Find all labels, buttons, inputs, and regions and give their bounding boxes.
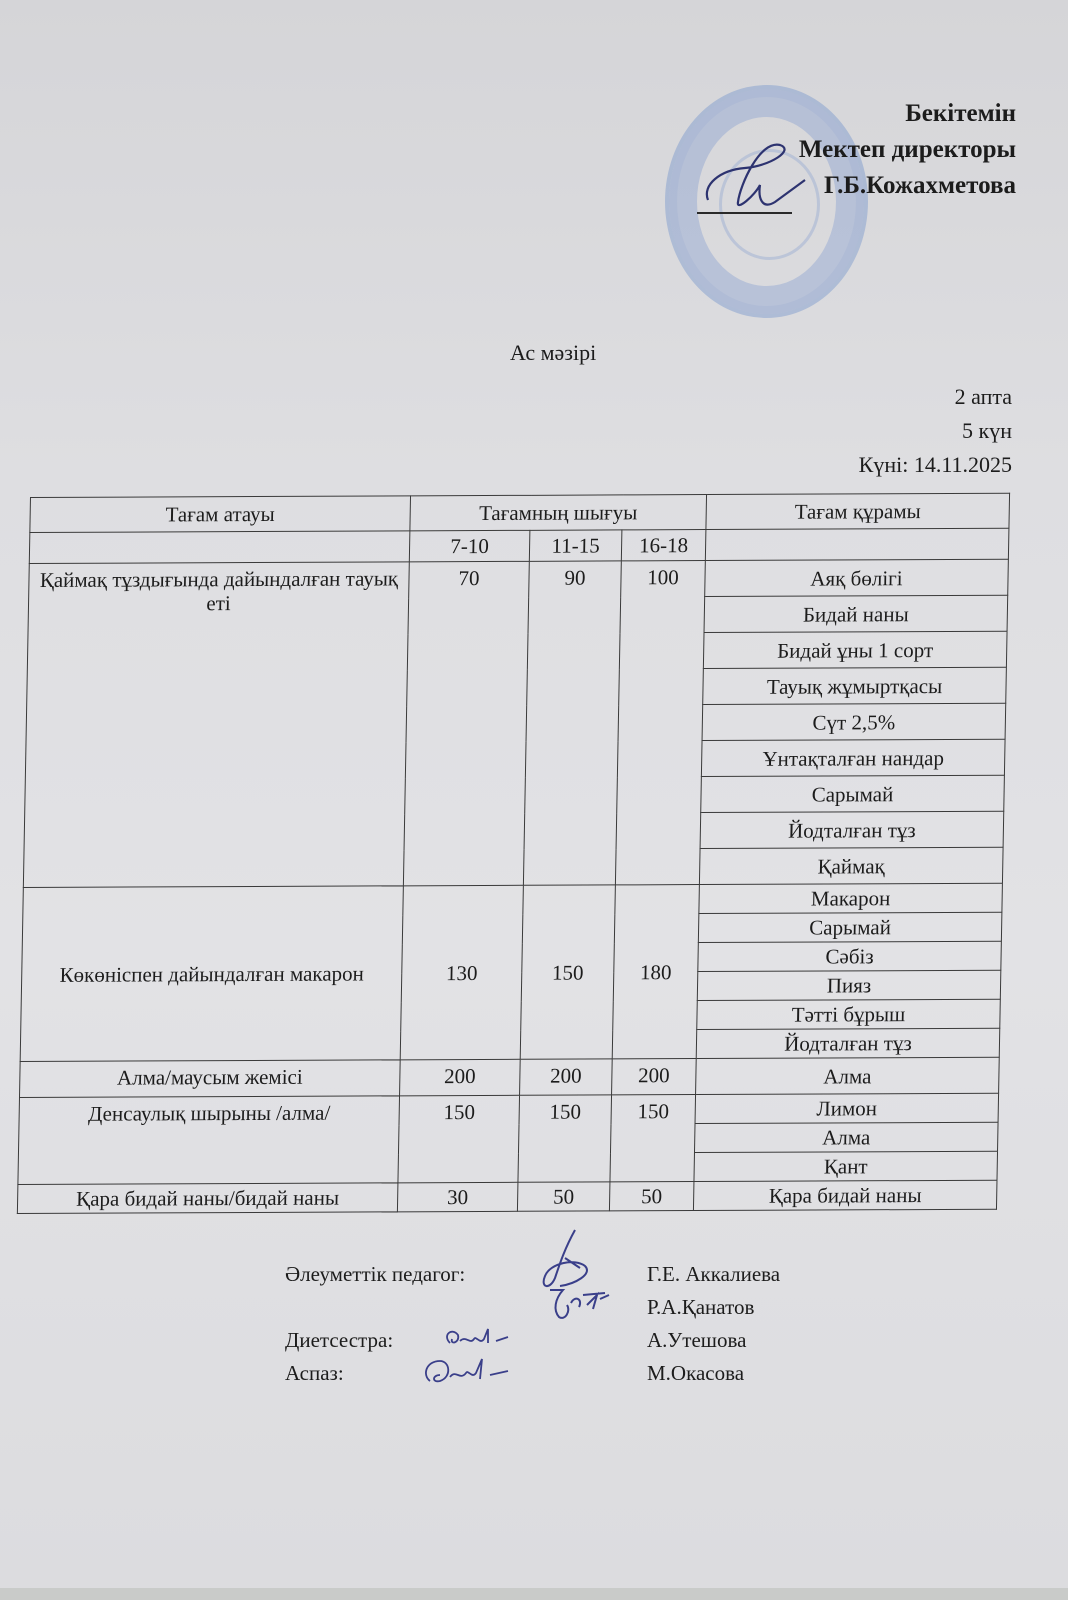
portion-cell: 150 — [518, 1095, 612, 1182]
ingredient-cell: Сарымай — [701, 775, 1005, 812]
ingredient-cell: Йодталған тұз — [700, 811, 1004, 848]
ingredient-cell: Сүт 2,5% — [702, 703, 1006, 740]
portion-cell: 50 — [517, 1182, 610, 1211]
ingredient-cell: Лимон — [695, 1093, 999, 1123]
portion-cell: 70 — [403, 561, 529, 886]
portion-cell: 150 — [398, 1095, 520, 1183]
table-surface — [0, 1588, 1068, 1600]
age-group-header: 16-18 — [621, 530, 706, 561]
ingredient-cell: Сарымай — [698, 912, 1002, 942]
age-group-header: 7-10 — [409, 530, 530, 562]
date-label: Күні: 14.11.2025 — [859, 448, 1012, 482]
portion-cell: 50 — [609, 1182, 694, 1211]
menu-table: Тағам атауы Тағамның шығуы Тағам құрамы … — [17, 493, 1010, 1214]
ingredient-cell: Ұнтақталған нандар — [701, 739, 1005, 776]
age-group-header: 11-15 — [529, 530, 622, 561]
ingredient-cell: Аяқ бөлігі — [705, 559, 1009, 596]
dish-name: Көкөніспен дайындалған макарон — [20, 886, 403, 1062]
signature-name: Г.Е. Аккалиева — [647, 1258, 780, 1291]
table-row: Денсаулық шырыны /алма/ 150 150 150 Лимо… — [19, 1093, 999, 1126]
ingredient-cell: Тауық жұмыртқасы — [703, 667, 1007, 704]
table-header-row: Тағам атауы Тағамның шығуы Тағам құрамы — [30, 493, 1010, 532]
portion-cell: 180 — [612, 885, 699, 1059]
table-row: Қаймақ тұздығында дайындалған тауық еті … — [29, 559, 1009, 599]
portion-cell: 150 — [520, 885, 615, 1059]
dish-name: Алма/маусым жемісі — [19, 1060, 400, 1098]
table-row: Алма/маусым жемісі 200 200 200 Алма — [19, 1057, 999, 1097]
header-composition: Тағам құрамы — [706, 493, 1010, 529]
signature-role: Аспаз: — [285, 1357, 344, 1390]
header-dish-name: Тағам атауы — [30, 496, 411, 533]
ingredient-cell: Алма — [696, 1057, 1000, 1094]
ingredient-cell: Тәтті бұрыш — [697, 999, 1001, 1029]
week-label: 2 апта — [859, 380, 1012, 414]
approval-name: Г.Б.Кожахметова — [799, 168, 1016, 204]
signature-name: Р.А.Қанатов — [647, 1291, 754, 1324]
portion-cell: 30 — [397, 1182, 518, 1212]
signature-name: А.Утешова — [647, 1324, 746, 1357]
day-label: 5 күн — [859, 414, 1012, 448]
approval-position: Мектеп директоры — [799, 132, 1016, 168]
header-output: Тағамның шығуы — [410, 495, 707, 531]
ingredient-cell: Пияз — [697, 970, 1001, 1000]
portion-cell: 200 — [520, 1059, 613, 1095]
document-page: Бекітемін Мектеп директоры Г.Б.Кожахмето… — [0, 0, 1068, 1588]
dish-name: Қара бидай наны/бидай наны — [17, 1183, 398, 1214]
ingredient-cell: Макарон — [699, 883, 1003, 913]
portion-cell: 100 — [615, 561, 705, 885]
portion-cell: 200 — [400, 1059, 521, 1096]
portion-cell: 150 — [610, 1095, 696, 1182]
ingredient-cell: Сәбіз — [698, 941, 1002, 971]
ingredient-cell: Йодталған тұз — [696, 1028, 1000, 1058]
document-title: Ас мәзірі — [510, 340, 596, 366]
signature-role: Диетсестра: — [285, 1324, 393, 1357]
portion-cell: 200 — [612, 1059, 697, 1095]
signature-name: М.Окасова — [647, 1357, 744, 1390]
ingredient-cell: Қант — [694, 1151, 998, 1181]
portion-cell: 90 — [523, 561, 621, 885]
table-row: Көкөніспен дайындалған макарон 130 150 1… — [23, 883, 1003, 916]
ingredient-cell: Алма — [694, 1122, 998, 1152]
approval-title: Бекітемін — [799, 96, 1016, 132]
table-row: Қара бидай наны/бидай наны 30 50 50 Қара… — [17, 1180, 997, 1213]
ingredient-cell: Қара бидай наны — [693, 1180, 997, 1210]
signature-role: Әлеуметтік педагог: — [285, 1258, 465, 1291]
dietsestra-signature — [440, 1325, 520, 1355]
ingredient-cell: Бидай наны — [704, 595, 1008, 632]
dish-name: Денсаулық шырыны /алма/ — [18, 1096, 400, 1185]
document-meta: 2 апта 5 күн Күні: 14.11.2025 — [859, 380, 1012, 482]
table-subheader-row: 7-10 11-15 16-18 — [29, 528, 1009, 563]
dish-name: Қаймақ тұздығында дайындалған тауық еті — [23, 562, 409, 888]
ingredient-cell: Бидай ұны 1 сорт — [703, 631, 1007, 668]
approval-block: Бекітемін Мектеп директоры Г.Б.Кожахмето… — [799, 96, 1016, 204]
director-signature — [700, 140, 810, 215]
portion-cell: 130 — [400, 885, 523, 1060]
aspaz-signature — [420, 1355, 515, 1390]
kanatov-signature — [545, 1285, 615, 1325]
ingredient-cell: Қаймақ — [699, 847, 1003, 884]
